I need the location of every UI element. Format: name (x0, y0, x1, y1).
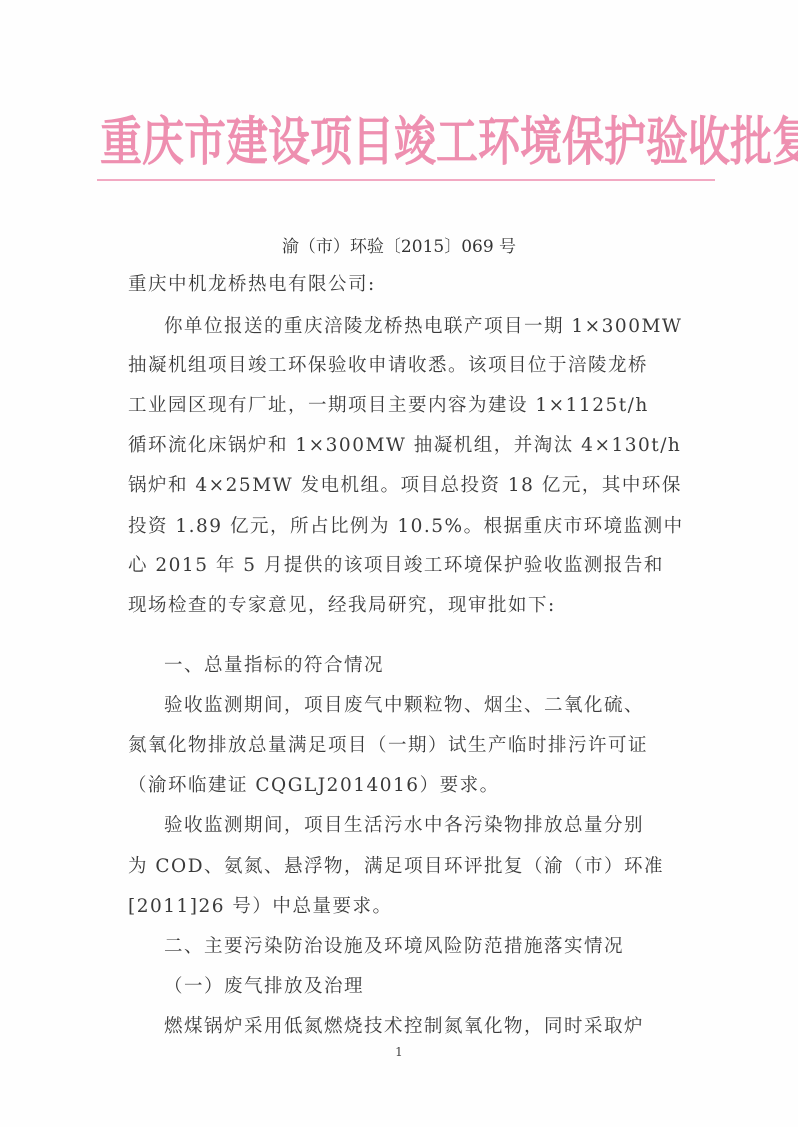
section-heading-1: 一、总量指标的符合情况 (164, 651, 714, 677)
body-line: [2011]26 号）中总量要求。 (128, 892, 678, 918)
body-line: 现场检查的专家意见，经我局研究，现审批如下: (128, 591, 678, 617)
body-line: 循环流化床锅炉和 1×300MW 抽凝机组，并淘汰 4×130t/h (128, 431, 678, 457)
document-title: 重庆市建设项目竣工环境保护验收批复 (100, 92, 710, 192)
body-line: 抽凝机组项目竣工环保验收申请收悉。该项目位于涪陵龙桥 (128, 351, 678, 377)
addressee: 重庆中机龙桥热电有限公司: (128, 270, 678, 296)
document-page: 重庆市建设项目竣工环境保护验收批复 渝（市）环验〔2015〕069 号 重庆中机… (0, 0, 798, 1127)
body-line: 你单位报送的重庆涪陵龙桥热电联产项目一期 1×300MW (164, 312, 714, 338)
subsection-heading: （一）废气排放及治理 (164, 972, 714, 998)
title-divider (97, 179, 715, 181)
body-line: 工业园区现有厂址，一期项目主要内容为建设 1×1125t/h (128, 391, 678, 417)
page-number: 1 (0, 1045, 798, 1059)
body-line: 验收监测期间，项目生活污水中各污染物排放总量分别 (164, 811, 714, 837)
body-line: 为 COD、氨氮、悬浮物，满足项目环评批复（渝（市）环准 (128, 852, 678, 878)
body-line: （渝环临建证 CQGLJ2014016）要求。 (128, 771, 678, 797)
body-line: 锅炉和 4×25MW 发电机组。项目总投资 18 亿元，其中环保 (128, 471, 678, 497)
body-line: 心 2015 年 5 月提供的该项目竣工环境保护验收监测报告和 (128, 551, 678, 577)
body-line: 验收监测期间，项目废气中颗粒物、烟尘、二氧化硫、 (164, 691, 714, 717)
document-number: 渝（市）环验〔2015〕069 号 (0, 232, 798, 257)
body-line: 投资 1.89 亿元，所占比例为 10.5%。根据重庆市环境监测中 (128, 512, 678, 538)
section-heading-2: 二、主要污染防治设施及环境风险防范措施落实情况 (164, 932, 714, 958)
body-line: 燃煤锅炉采用低氮燃烧技术控制氮氧化物，同时采取炉 (164, 1012, 714, 1038)
body-line: 氮氧化物排放总量满足项目（一期）试生产临时排污许可证 (128, 731, 678, 757)
